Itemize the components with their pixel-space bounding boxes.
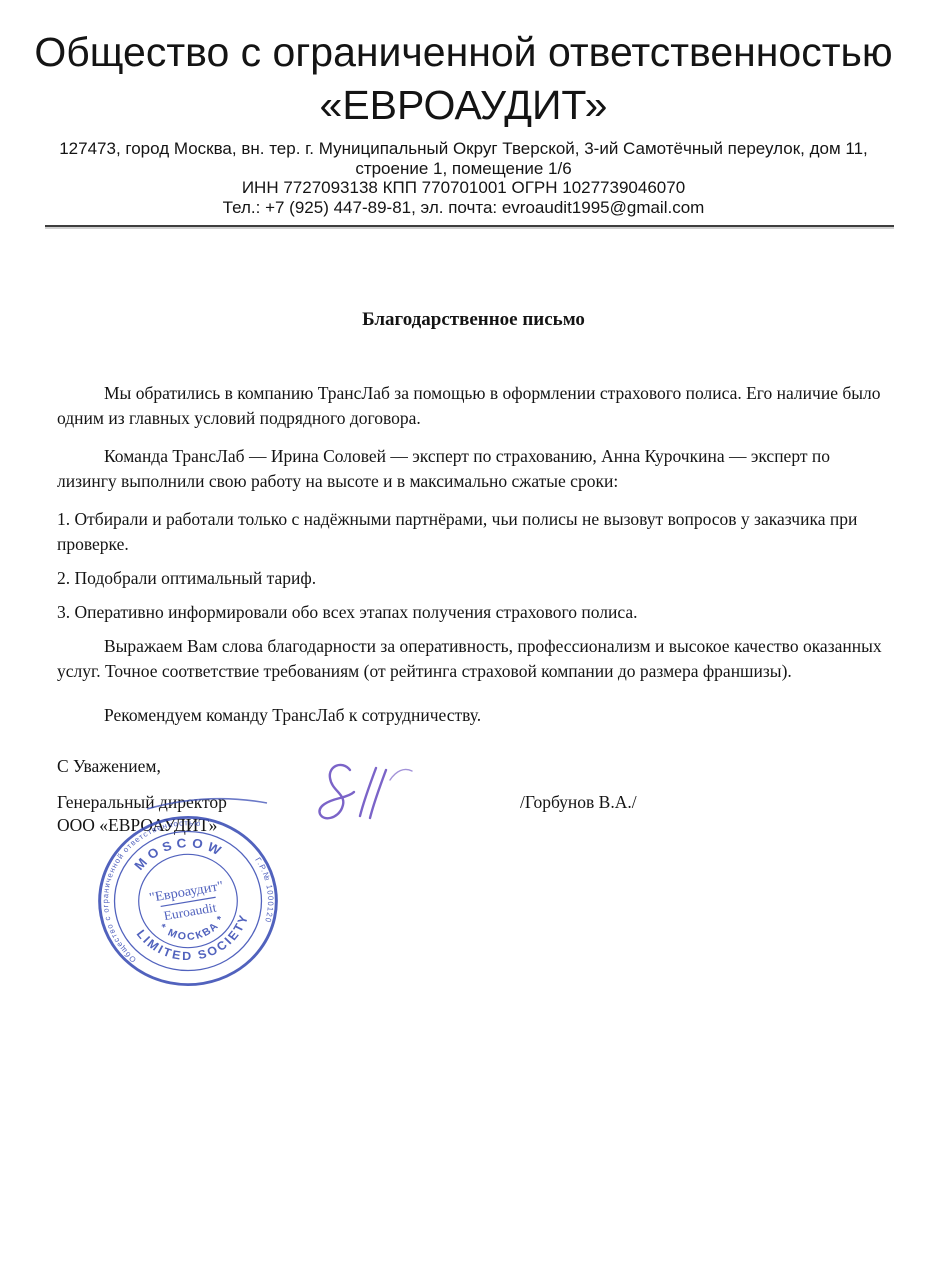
- letterhead: Общество с ограниченной ответственностью…: [0, 0, 927, 227]
- paragraph-thanks: Выражаем Вам слова благодарности за опер…: [57, 634, 890, 684]
- handwritten-signature-icon: [308, 758, 426, 826]
- letterhead-rule: [45, 225, 894, 227]
- paragraph-intro: Мы обратились в компанию ТрансЛаб за пом…: [57, 381, 890, 431]
- list-item-3: 3. Оперативно информировали обо всех эта…: [57, 600, 890, 625]
- company-stamp-icon: Общество с ограниченной ответственностью…: [95, 813, 281, 989]
- list-item-1: 1. Отбирали и работали только с надёжным…: [57, 507, 890, 557]
- org-name-line1: Общество с ограниченной ответственностью: [34, 29, 892, 75]
- salutation: С Уважением,: [57, 755, 161, 778]
- signer-name: /Горбунов В.А./: [520, 791, 637, 814]
- org-registration: ИНН 7727093138 КПП 770701001 ОГРН 102773…: [28, 178, 899, 198]
- paragraph-recommend: Рекомендуем команду ТрансЛаб к сотруднич…: [57, 703, 890, 728]
- stamp-stray-arc: [145, 796, 271, 812]
- letter-page: Общество с ограниченной ответственностью…: [0, 0, 927, 1280]
- org-name: Общество с ограниченной ответственностью…: [0, 26, 927, 132]
- org-contacts: Тел.: +7 (925) 447-89-81, эл. почта: evr…: [28, 198, 899, 218]
- paragraph-team: Команда ТрансЛаб — Ирина Соловей — экспе…: [57, 444, 890, 494]
- letter-title: Благодарственное письмо: [57, 307, 890, 332]
- org-address: 127473, город Москва, вн. тер. г. Муници…: [28, 139, 899, 178]
- stamp-center-name-en: Euroaudit: [162, 900, 217, 923]
- list-item-2: 2. Подобрали оптимальный тариф.: [57, 566, 890, 591]
- letterhead-details: 127473, город Москва, вн. тер. г. Муници…: [0, 139, 927, 217]
- letter-body: Благодарственное письмо Мы обратились в …: [57, 307, 890, 728]
- org-name-line2: «ЕВРОАУДИТ»: [320, 82, 608, 128]
